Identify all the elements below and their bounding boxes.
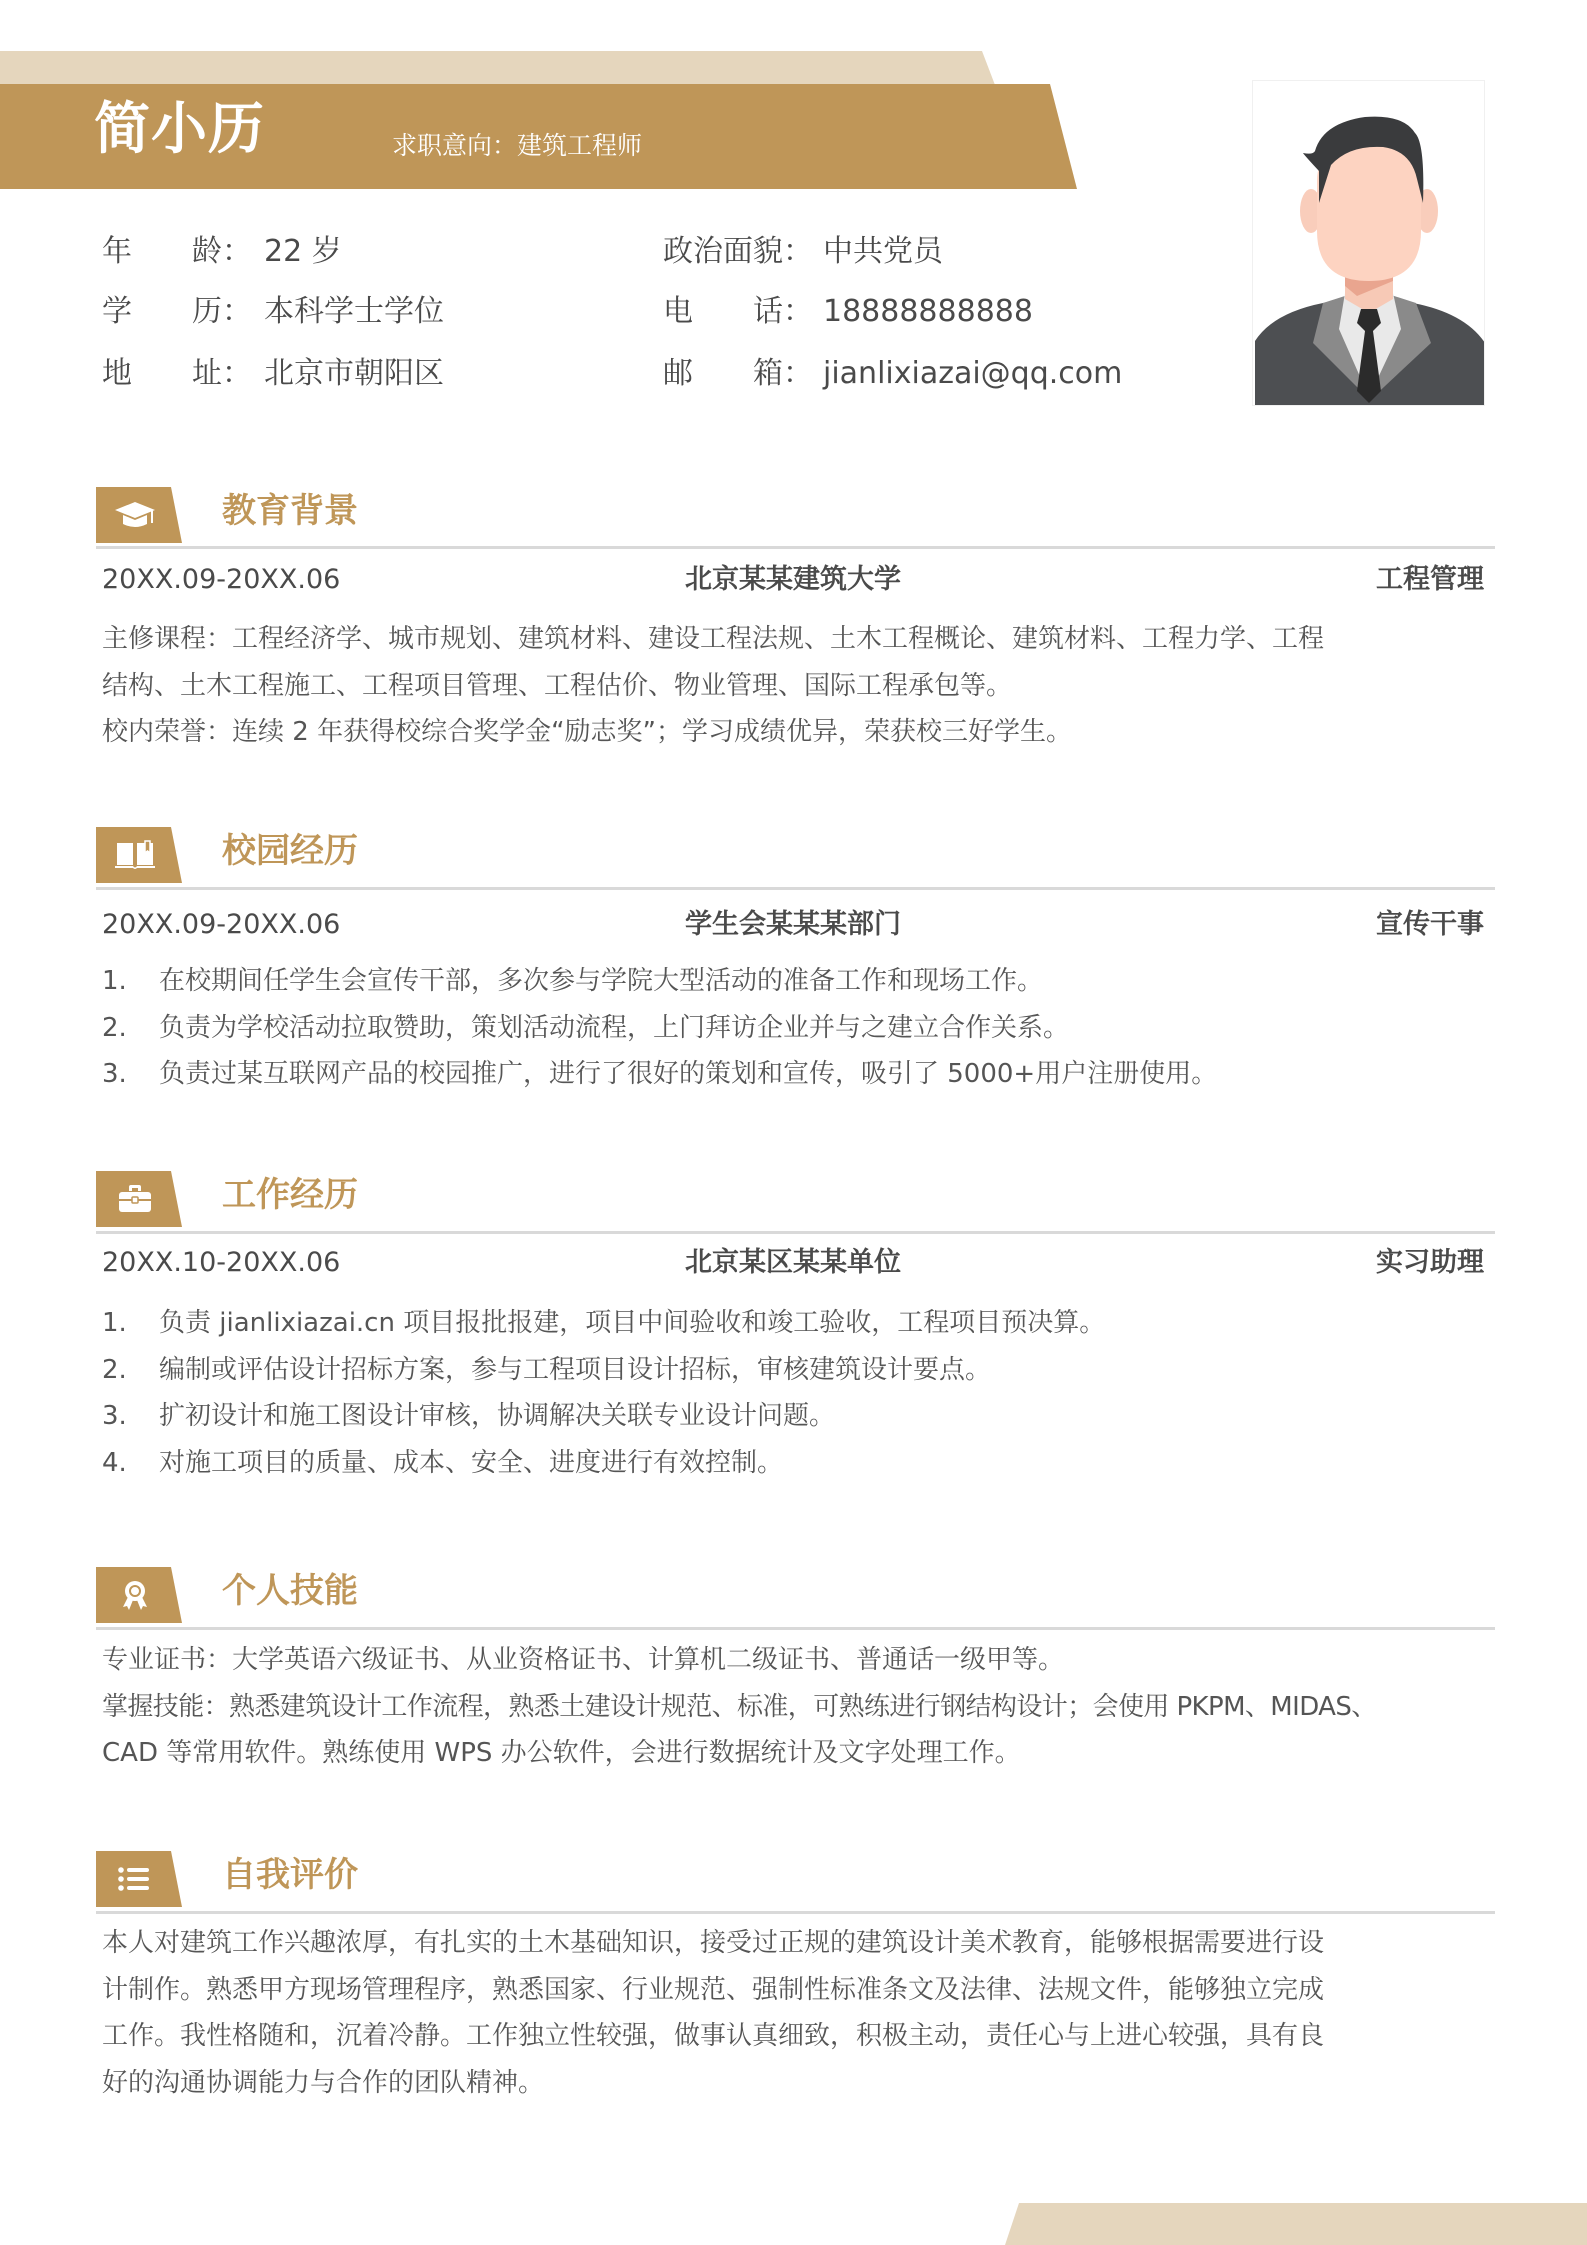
list-text: 负责 jianlixiazai.cn 项目报批报建，项目中间验收和竣工验收，工程…: [159, 1308, 1105, 1338]
info-value: 18888888888: [823, 292, 1033, 332]
info-value: 北京市朝阳区: [264, 354, 444, 394]
section-divider: [96, 1627, 1495, 1630]
entry-organization: 北京某区某某单位: [102, 1243, 1484, 1283]
list-number: 1.: [102, 1300, 127, 1347]
education-details: 主修课程：工程经济学、城市规划、建筑材料、建设工程法规、土木工程概论、建筑材料、…: [102, 616, 1498, 756]
section-icon-campus: [96, 827, 182, 883]
campus-duties-list: 1. 在校期间任学生会宣传干部，多次参与学院大型活动的准备工作和现场工作。 2.…: [102, 958, 1498, 1098]
text-line: 主修课程：工程经济学、城市规划、建筑材料、建设工程法规、土木工程概论、建筑材料、…: [102, 616, 1498, 663]
list-item: 3. 负责过某互联网产品的校园推广，进行了很好的策划和宣传，吸引了 5000+用…: [102, 1051, 1498, 1098]
info-value: 22 岁: [264, 232, 342, 272]
text-line: CAD 等常用软件。熟练使用 WPS 办公软件，会进行数据统计及文字处理工作。: [102, 1730, 1498, 1777]
info-label: 邮 箱：: [663, 354, 813, 394]
header-accent-band-light: [0, 51, 995, 85]
list-number: 2.: [102, 1347, 127, 1394]
text-line: 计制作。熟悉甲方现场管理程序，熟悉国家、行业规范、强制性标准条文及法律、法规文件…: [102, 1967, 1498, 2014]
candidate-name: 简小历: [94, 98, 265, 162]
list-item: 3. 扩初设计和施工图设计审核，协调解决关联专业设计问题。: [102, 1393, 1498, 1440]
section-divider: [96, 887, 1495, 890]
list-number: 4.: [102, 1440, 127, 1487]
info-label: 政治面貌：: [663, 232, 813, 272]
list-number: 3.: [102, 1051, 127, 1098]
section-divider: [96, 1911, 1495, 1914]
list-item: 1. 负责 jianlixiazai.cn 项目报批报建，项目中间验收和竣工验收…: [102, 1300, 1498, 1347]
list-item: 2. 编制或评估设计招标方案，参与工程项目设计招标，审核建筑设计要点。: [102, 1347, 1498, 1394]
list-text: 对施工项目的质量、成本、安全、进度进行有效控制。: [159, 1448, 783, 1478]
section-icon-skills: [96, 1567, 182, 1623]
text-line: 结构、土木工程施工、工程项目管理、工程估价、物业管理、国际工程承包等。: [102, 663, 1498, 710]
list-icon: [113, 1864, 157, 1894]
book-icon: [113, 840, 157, 870]
section-icon-work: [96, 1171, 182, 1227]
info-value: jianlixiazai@qq.com: [823, 354, 1122, 394]
list-item: 2. 负责为学校活动拉取赞助，策划活动流程，上门拜访企业并与之建立合作关系。: [102, 1005, 1498, 1052]
text-line: 专业证书：大学英语六级证书、从业资格证书、计算机二级证书、普通话一级甲等。: [102, 1637, 1498, 1684]
info-label: 地 址：: [102, 354, 252, 394]
list-text: 扩初设计和施工图设计审核，协调解决关联专业设计问题。: [159, 1401, 835, 1431]
campus-entry-header: 20XX.09-20XX.06 学生会某某某部门 宣传干事: [102, 905, 1484, 945]
info-value: 本科学士学位: [264, 292, 444, 332]
work-duties-list: 1. 负责 jianlixiazai.cn 项目报批报建，项目中间验收和竣工验收…: [102, 1300, 1498, 1486]
avatar-photo: [1252, 80, 1485, 406]
info-label: 电 话：: [663, 292, 813, 332]
briefcase-icon: [113, 1184, 157, 1214]
info-value: 中共党员: [823, 232, 943, 272]
section-divider: [96, 1231, 1495, 1234]
entry-role: 实习助理: [1376, 1243, 1484, 1283]
person-avatar-icon: [1253, 81, 1485, 406]
section-title-self-eval: 自我评价: [222, 1853, 358, 1897]
section-title-work: 工作经历: [222, 1173, 358, 1217]
list-number: 2.: [102, 1005, 127, 1052]
entry-organization: 学生会某某某部门: [102, 905, 1484, 945]
section-icon-self-eval: [96, 1851, 182, 1907]
entry-role: 工程管理: [1376, 560, 1484, 600]
list-item: 1. 在校期间任学生会宣传干部，多次参与学院大型活动的准备工作和现场工作。: [102, 958, 1498, 1005]
list-text: 负责过某互联网产品的校园推广，进行了很好的策划和宣传，吸引了 5000+用户注册…: [159, 1059, 1217, 1089]
info-label: 年 龄：: [102, 232, 252, 272]
list-text: 负责为学校活动拉取赞助，策划活动流程，上门拜访企业并与之建立合作关系。: [159, 1013, 1069, 1043]
section-icon-education: [96, 487, 182, 543]
list-number: 3.: [102, 1393, 127, 1440]
job-intent: 求职意向：建筑工程师: [392, 129, 642, 163]
footer-accent-band: [1005, 2203, 1587, 2245]
self-eval-details: 本人对建筑工作兴趣浓厚，有扎实的土木基础知识，接受过正规的建筑设计美术教育，能够…: [102, 1920, 1498, 2106]
list-text: 在校期间任学生会宣传干部，多次参与学院大型活动的准备工作和现场工作。: [159, 966, 1043, 996]
section-title-campus: 校园经历: [222, 829, 358, 873]
text-line: 校内荣誉：连续 2 年获得校综合奖学金“励志奖”；学习成绩优异，荣获校三好学生。: [102, 709, 1498, 756]
graduation-cap-icon: [113, 500, 157, 530]
entry-organization: 北京某某建筑大学: [102, 560, 1484, 600]
text-line: 工作。我性格随和，沉着冷静。工作独立性较强，做事认真细致，积极主动，责任心与上进…: [102, 2013, 1498, 2060]
list-item: 4. 对施工项目的质量、成本、安全、进度进行有效控制。: [102, 1440, 1498, 1487]
list-text: 编制或评估设计招标方案，参与工程项目设计招标，审核建筑设计要点。: [159, 1355, 991, 1385]
education-entry-header: 20XX.09-20XX.06 北京某某建筑大学 工程管理: [102, 560, 1484, 600]
text-line: 好的沟通协调能力与合作的团队精神。: [102, 2060, 1498, 2107]
section-divider: [96, 546, 1495, 549]
section-title-skills: 个人技能: [222, 1569, 358, 1613]
entry-role: 宣传干事: [1376, 905, 1484, 945]
section-title-education: 教育背景: [222, 489, 358, 533]
award-ribbon-icon: [113, 1580, 157, 1610]
text-line: 掌握技能：熟悉建筑设计工作流程，熟悉土建设计规范、标准，可熟练进行钢结构设计；会…: [102, 1684, 1498, 1731]
skills-details: 专业证书：大学英语六级证书、从业资格证书、计算机二级证书、普通话一级甲等。 掌握…: [102, 1637, 1498, 1777]
list-number: 1.: [102, 958, 127, 1005]
work-entry-header: 20XX.10-20XX.06 北京某区某某单位 实习助理: [102, 1243, 1484, 1283]
text-line: 本人对建筑工作兴趣浓厚，有扎实的土木基础知识，接受过正规的建筑设计美术教育，能够…: [102, 1920, 1498, 1967]
info-label: 学 历：: [102, 292, 252, 332]
